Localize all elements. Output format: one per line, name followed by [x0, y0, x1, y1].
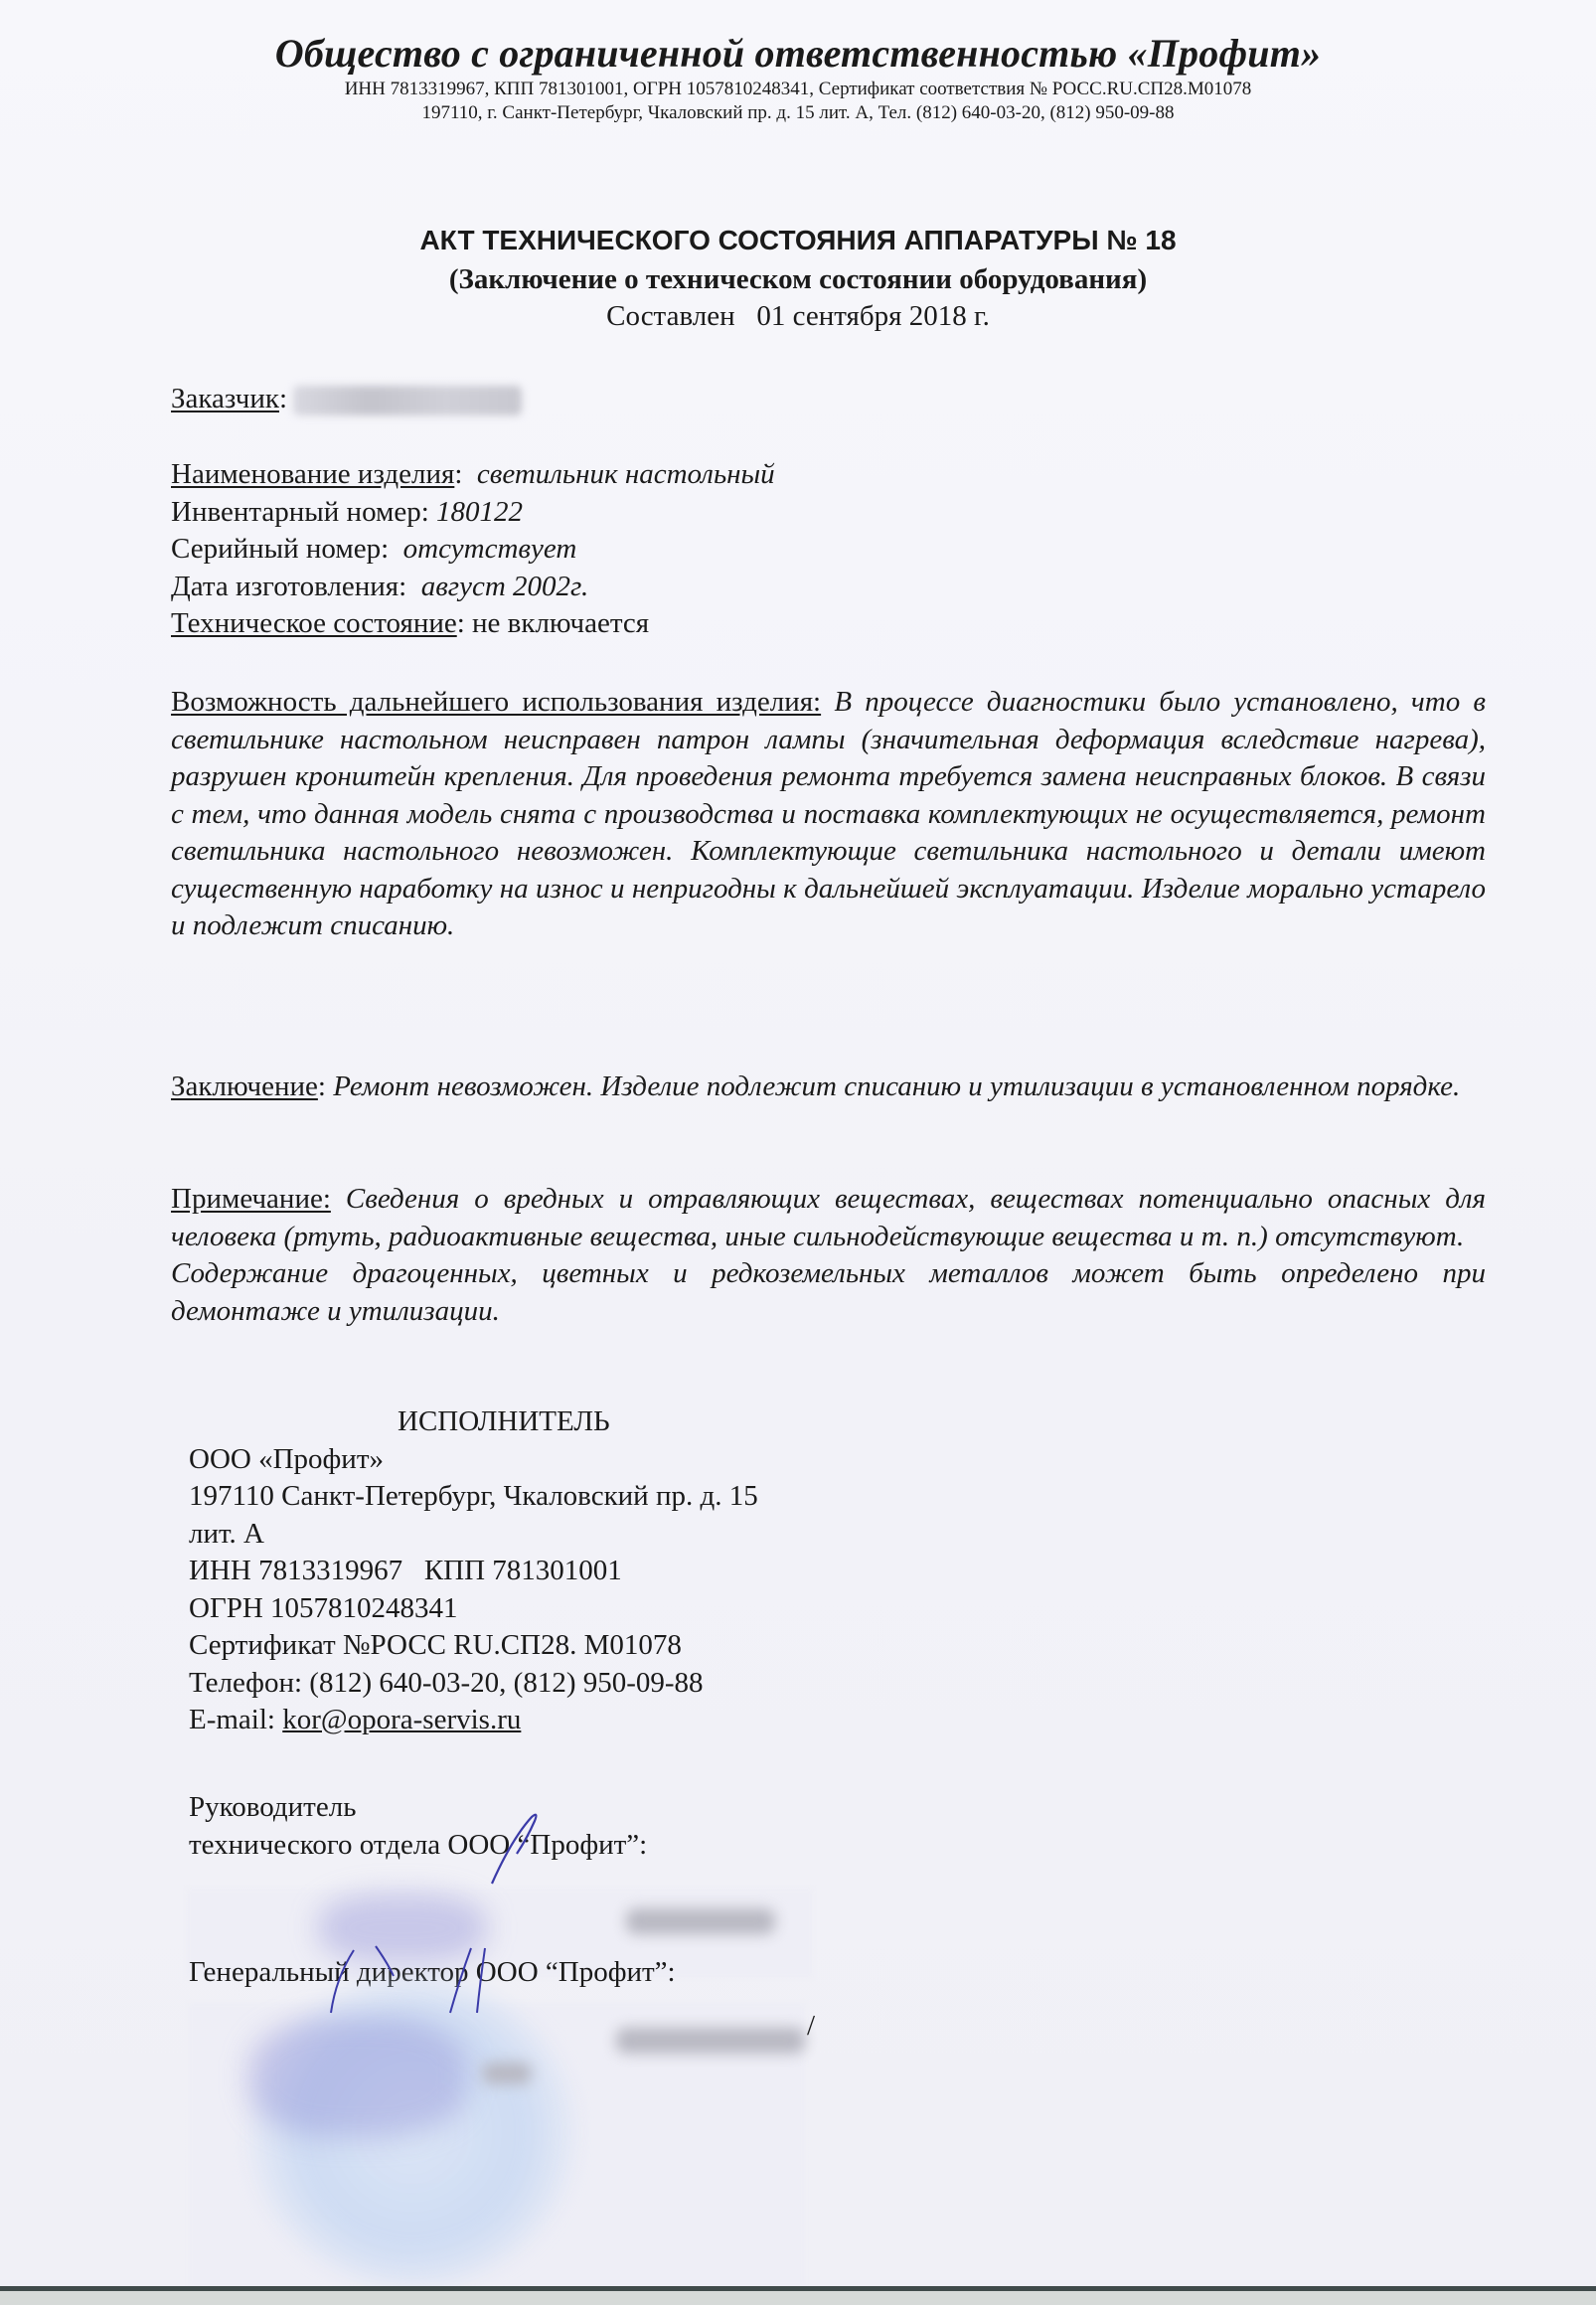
company-title: Общество с ограниченной ответственностью… [0, 30, 1596, 78]
document-date: Составлен 01 сентября 2018 г. [0, 298, 1596, 334]
executor-inn-kpp: ИНН 7813319967 КПП 781301001 [189, 1553, 904, 1590]
conclusion-section: Заключение: Ремонт невозможен. Изделие п… [171, 1069, 1486, 1106]
address-line: 197110, г. Санкт-Петербург, Чкаловский п… [0, 101, 1596, 125]
document-title: АКТ ТЕХНИЧЕСКОГО СОСТОЯНИЯ АППАРАТУРЫ № … [0, 221, 1596, 260]
note-label: Примечание: [171, 1183, 331, 1215]
letterhead: Общество с ограниченной ответственностью… [0, 30, 1596, 125]
customer-colon: : [279, 383, 287, 414]
item-name-label: Наименование изделия [171, 458, 454, 490]
document-page: Общество с ограниченной ответственностью… [0, 0, 1596, 2286]
executor-email-row: E-mail: kor@opora-servis.ru [189, 1702, 904, 1739]
page-bottom-edge [0, 2286, 1596, 2305]
executor-address-1: 197110 Санкт-Петербург, Чкаловский пр. д… [189, 1478, 904, 1516]
conclusion-text: Ремонт невозможен. Изделие подлежит спис… [333, 1070, 1460, 1102]
note-text-2: Содержание драгоценных, цветных и редкоз… [171, 1255, 1486, 1330]
document-header: АКТ ТЕХНИЧЕСКОГО СОСТОЯНИЯ АППАРАТУРЫ № … [0, 221, 1596, 334]
condition-label: Техническое состояние [171, 607, 457, 639]
executor-phone: Телефон: (812) 640-03-20, (812) 950-09-8… [189, 1665, 904, 1703]
email-label: E-mail: [189, 1704, 282, 1735]
item-name-row: Наименование изделия: светильник настоль… [171, 456, 1486, 494]
customer-label: Заказчик [171, 383, 279, 414]
manufacture-row: Дата изготовления: август 2002г. [171, 569, 1486, 606]
usability-section: Возможность дальнейшего использования из… [171, 684, 1486, 945]
usability-label: Возможность дальнейшего использования из… [171, 686, 821, 718]
executor-certificate: Сертификат №РОСС RU.СП28. М01078 [189, 1627, 904, 1665]
colon: : [454, 458, 477, 490]
redacted-name [616, 2028, 805, 2054]
item-info: Наименование изделия: светильник настоль… [171, 456, 1486, 643]
document-subtitle: (Заключение о техническом состоянии обор… [0, 260, 1596, 298]
serial-row: Серийный номер: отсутствует [171, 531, 1486, 569]
customer-row: Заказчик: [171, 381, 1486, 418]
executor-block: ИСПОЛНИТЕЛЬ ООО «Профит» 197110 Санкт-Пе… [189, 1403, 904, 1739]
inventory-label: Инвентарный номер: [171, 496, 436, 528]
requisites-line: ИНН 7813319967, КПП 781301001, ОГРН 1057… [0, 78, 1596, 101]
signature-blur [248, 2018, 467, 2137]
redacted-initials [482, 2062, 532, 2084]
manufacture-value: август 2002г. [421, 571, 589, 602]
inventory-row: Инвентарный номер: 180122 [171, 494, 1486, 532]
executor-address-2: лит. А [189, 1516, 904, 1554]
executor-heading: ИСПОЛНИТЕЛЬ [189, 1403, 904, 1441]
conclusion-label: Заключение [171, 1070, 318, 1102]
condition-value: : не включается [457, 607, 649, 639]
inventory-value: 180122 [436, 496, 523, 528]
serial-label: Серийный номер: [171, 533, 403, 565]
manufacture-label: Дата изготовления: [171, 571, 421, 602]
condition-row: Техническое состояние: не включается [171, 605, 1486, 643]
serial-value: отсутствует [403, 533, 577, 565]
executor-company: ООО «Профит» [189, 1441, 904, 1479]
note-section: Примечание: Сведения о вредных и отравля… [171, 1181, 1486, 1330]
note-text-1: Сведения о вредных и отравляющих веществ… [171, 1183, 1486, 1252]
pen-stroke-icon [276, 1938, 495, 2018]
pen-stroke-icon [487, 1809, 547, 1889]
email-link[interactable]: kor@opora-servis.ru [282, 1704, 521, 1735]
note-paragraph-1: Примечание: Сведения о вредных и отравля… [171, 1181, 1486, 1255]
director-signature-end: / [807, 2010, 815, 2043]
executor-ogrn: ОГРН 1057810248341 [189, 1590, 904, 1628]
usability-text: В процессе диагностики было установлено,… [171, 686, 1486, 941]
conclusion-colon: : [318, 1070, 326, 1102]
item-name-value: светильник настольный [477, 458, 775, 490]
redacted-name [626, 1908, 775, 1934]
customer-value-redacted [293, 386, 522, 415]
